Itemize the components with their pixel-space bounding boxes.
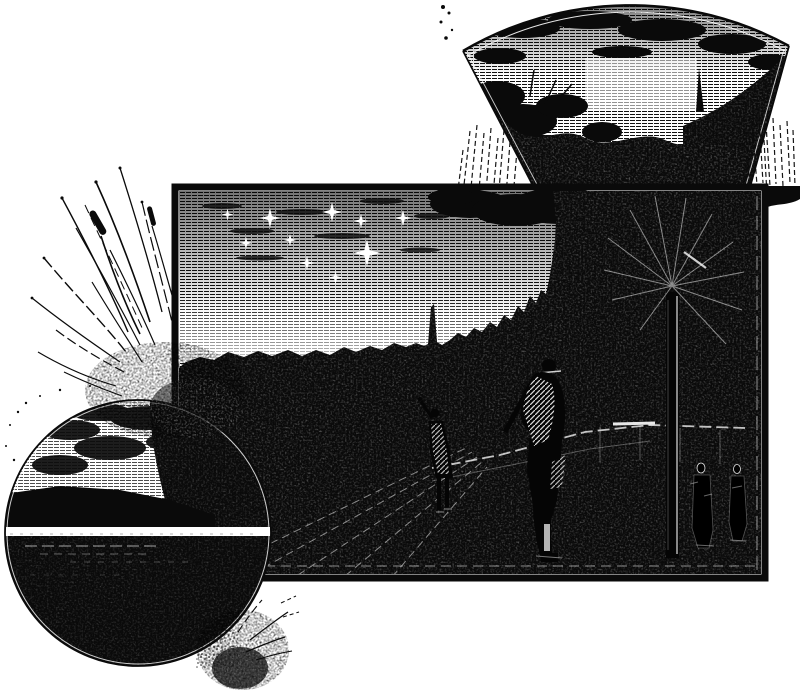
engraving-canvas <box>0 0 800 697</box>
cattail-small-stem <box>152 226 174 302</box>
tuft-halftone <box>198 618 222 660</box>
fan-vignette <box>440 0 800 215</box>
foliage-spill-right <box>765 186 800 208</box>
engraving-montage <box>0 0 800 697</box>
waterline-highlight <box>4 527 272 536</box>
cattail-small <box>147 206 157 227</box>
stocking-highlight <box>544 524 550 551</box>
bright-star-core <box>364 250 369 255</box>
fan-stray-specks <box>440 5 454 40</box>
fan-sky-light-patch <box>585 58 697 110</box>
